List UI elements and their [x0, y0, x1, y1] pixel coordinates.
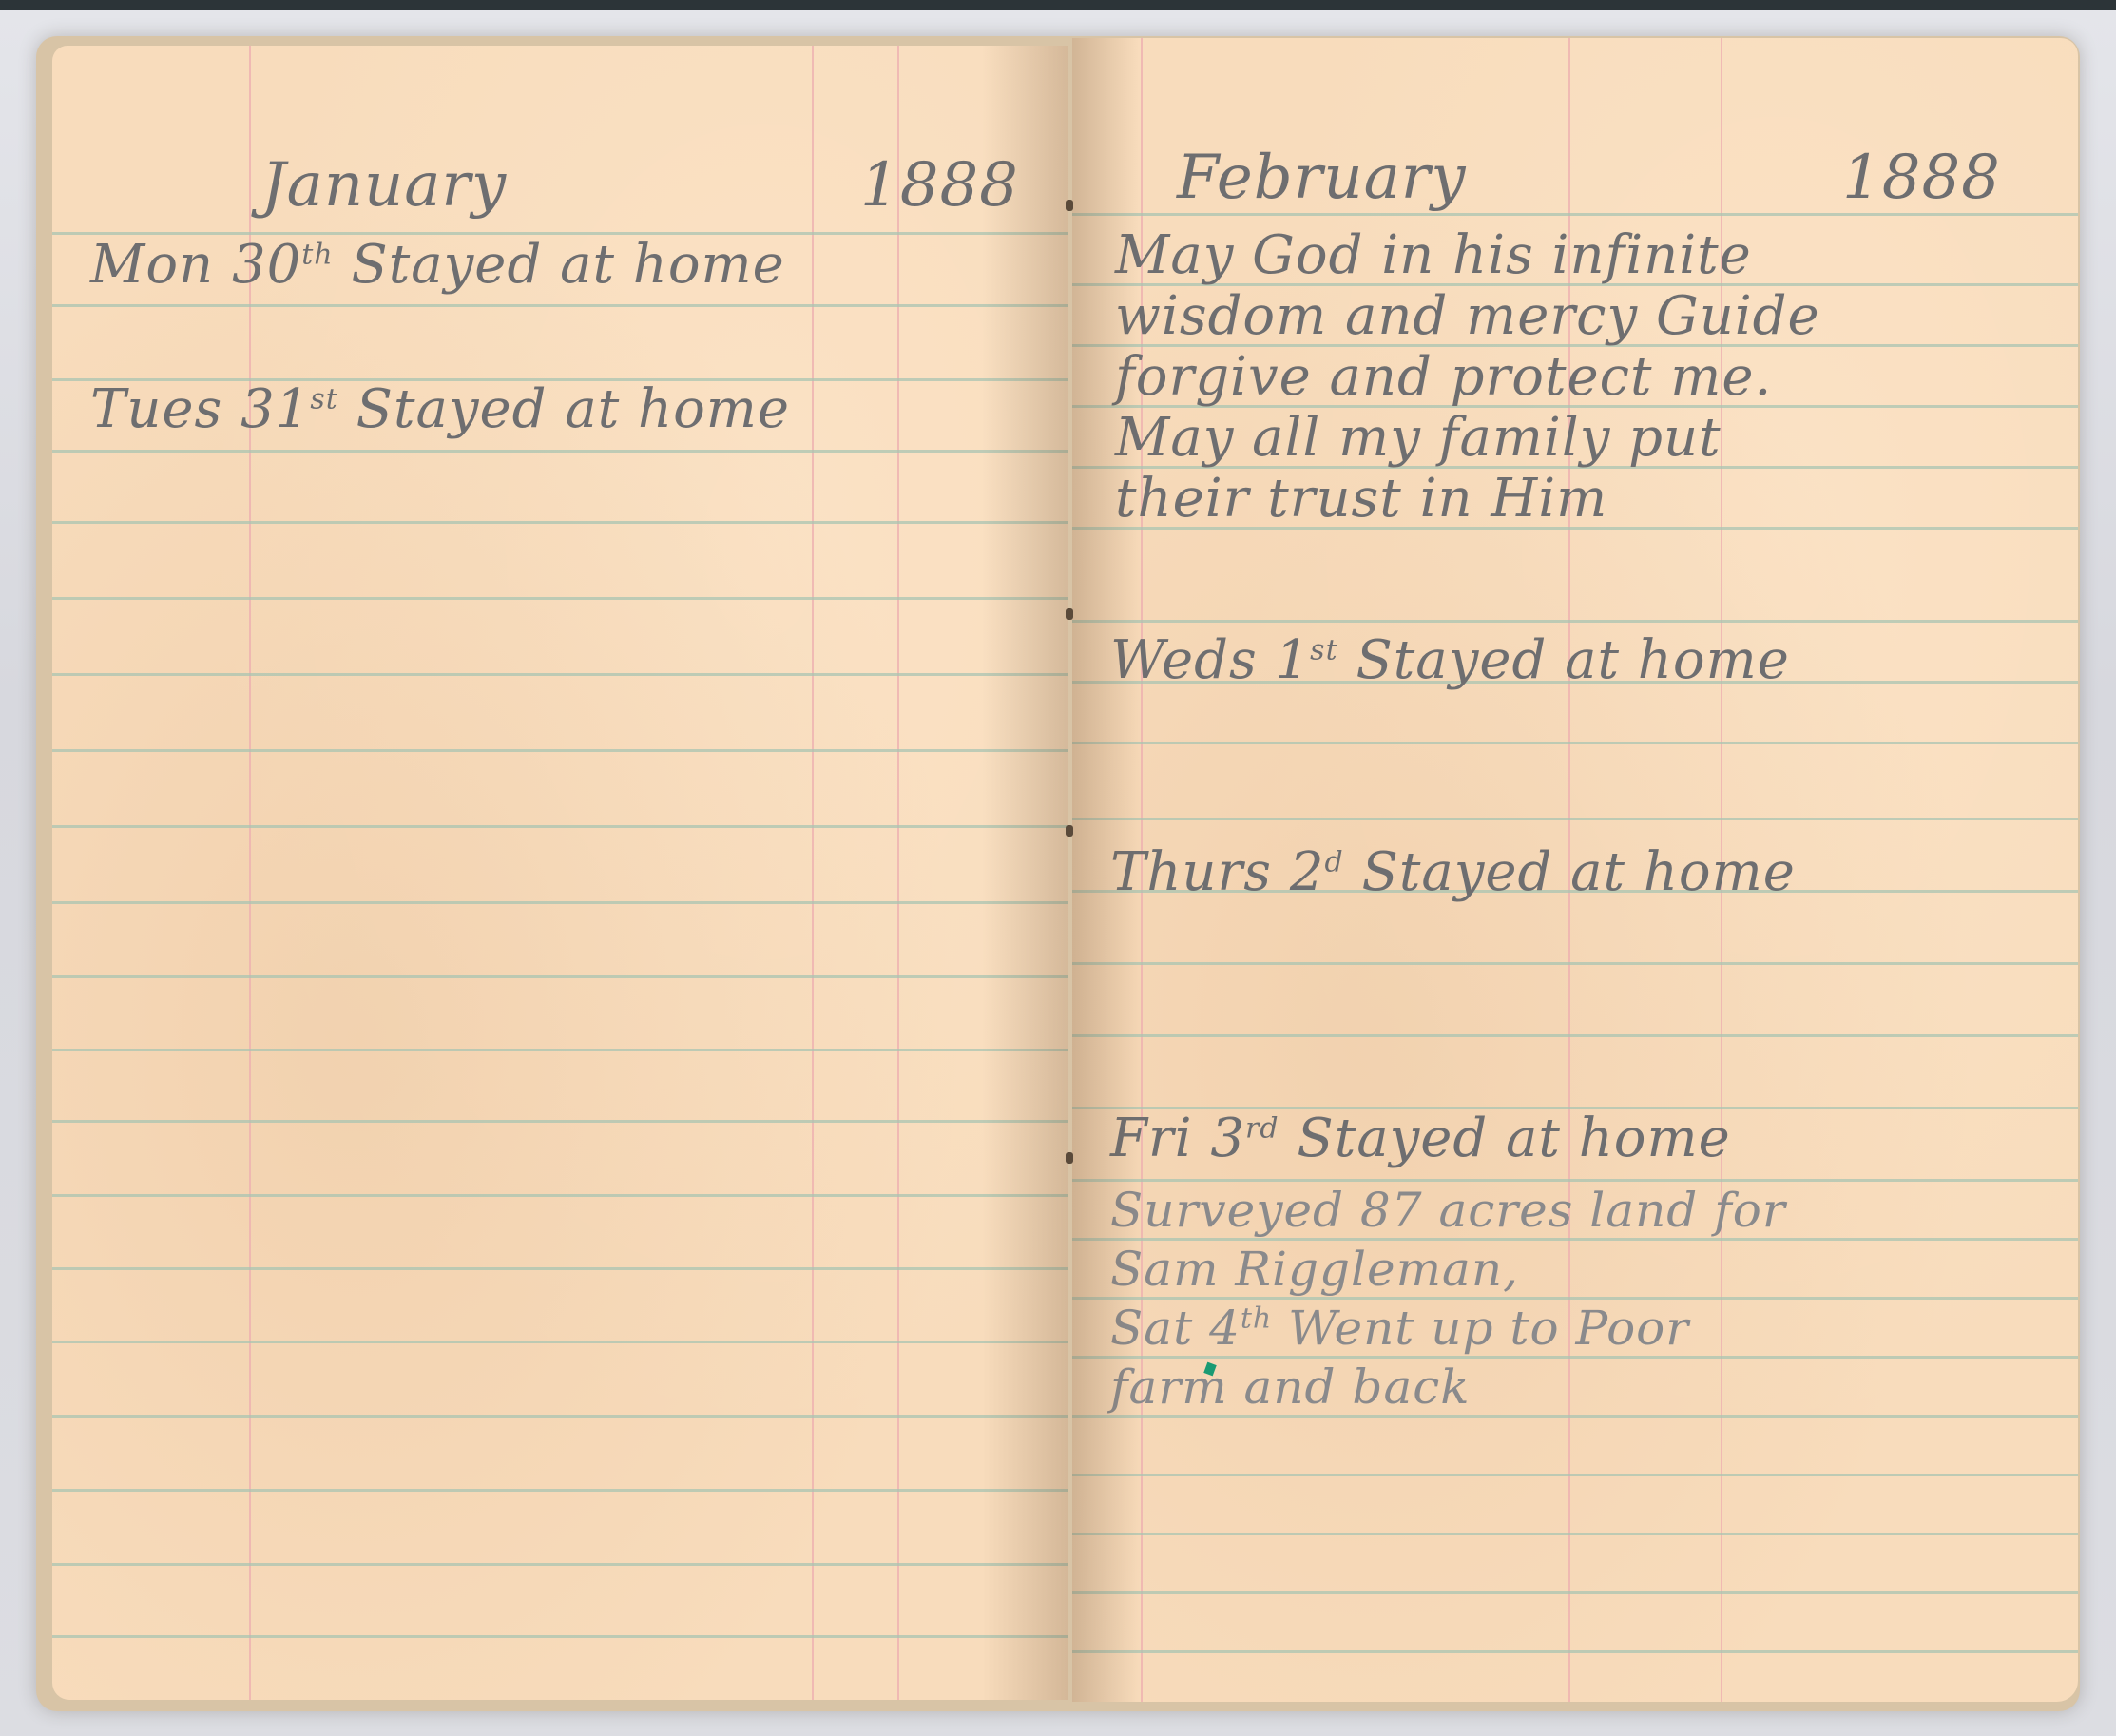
- ruled-line: [52, 304, 1068, 307]
- ruled-line: [52, 673, 1068, 676]
- entry-text: Stayed at home: [1356, 629, 1789, 691]
- ruled-line: [52, 1635, 1068, 1638]
- ruled-line: [1072, 1034, 2078, 1037]
- ruled-line: [52, 1341, 1068, 1343]
- prayer-line: May God in his infinite: [1115, 224, 1752, 286]
- ruled-line: [1072, 1591, 2078, 1594]
- ruled-line: [1072, 620, 2078, 623]
- ruled-line: [52, 1120, 1068, 1123]
- ruled-line: [52, 975, 1068, 978]
- ruled-line: [1072, 1415, 2078, 1418]
- entry-text: Stayed at home: [356, 378, 790, 440]
- diary-entry: Tues 31st Stayed at home: [90, 378, 790, 440]
- binding-stitch: [1066, 608, 1073, 620]
- entry-suffix: st: [1310, 633, 1337, 666]
- ruled-line: [1072, 1356, 2078, 1359]
- prayer-line: wisdom and mercy Guide: [1115, 285, 1820, 347]
- entry-date: 1: [1276, 629, 1311, 691]
- ruled-line: [52, 450, 1068, 453]
- entry-text: Went up to Poor: [1288, 1301, 1689, 1356]
- margin-line: [812, 46, 814, 1700]
- entry-date: 30: [232, 234, 301, 296]
- entry-day: Tues: [90, 378, 222, 440]
- left-page: January 1888 Mon 30th Stayed at home Tue…: [52, 46, 1068, 1700]
- month-heading: January: [261, 150, 507, 221]
- prayer-line: forgive and protect me.: [1115, 346, 1772, 408]
- month-heading: February: [1177, 143, 1466, 213]
- survey-note: Surveyed 87 acres land for: [1110, 1183, 1786, 1238]
- ruled-line: [1072, 1179, 2078, 1182]
- ruled-line: [1072, 962, 2078, 965]
- entry-date: 4: [1209, 1301, 1241, 1356]
- ruled-line: [52, 1049, 1068, 1051]
- closing-line: farm and back: [1110, 1360, 1471, 1415]
- diary-entry: Sat 4th Went up to Poor: [1110, 1301, 1689, 1356]
- entry-text: Stayed at home: [1297, 1108, 1730, 1169]
- margin-line: [897, 46, 899, 1700]
- binding-stitch: [1066, 825, 1073, 837]
- entry-suffix: th: [301, 238, 333, 271]
- binding-stitch: [1066, 1152, 1073, 1164]
- ruled-line: [52, 1267, 1068, 1270]
- entry-text: Stayed at home: [1361, 841, 1795, 903]
- entry-date: 2: [1290, 841, 1325, 903]
- ruled-line: [1072, 1533, 2078, 1535]
- ruled-line: [1072, 213, 2078, 216]
- ruled-line: [1072, 1297, 2078, 1300]
- ruled-line: [52, 597, 1068, 600]
- entry-suffix: st: [310, 382, 337, 415]
- scan-top-edge: [0, 0, 2116, 10]
- gutter-shadow: [1072, 38, 1139, 1702]
- entry-suffix: rd: [1245, 1111, 1279, 1145]
- diary-entry: Mon 30th Stayed at home: [90, 234, 785, 296]
- ruled-line: [1072, 1238, 2078, 1241]
- ruled-line: [1072, 818, 2078, 820]
- diary-entry: Thurs 2d Stayed at home: [1110, 841, 1796, 903]
- ruled-line: [1072, 1650, 2078, 1653]
- ruled-line: [52, 1415, 1068, 1418]
- entry-day: Mon: [90, 234, 214, 296]
- ruled-line: [1072, 1474, 2078, 1476]
- binding-stitch: [1066, 200, 1073, 211]
- prayer-line: May all my family put: [1115, 407, 1722, 469]
- right-page: February 1888 May God in his infinite wi…: [1072, 38, 2078, 1702]
- ruled-line: [1072, 742, 2078, 744]
- entry-suffix: th: [1241, 1302, 1272, 1335]
- entry-suffix: d: [1324, 845, 1343, 878]
- ruled-line: [52, 521, 1068, 524]
- ruled-line: [52, 1194, 1068, 1197]
- survey-note: Sam Riggleman,: [1110, 1242, 1519, 1297]
- gutter-shadow: [982, 46, 1068, 1700]
- ruled-line: [52, 749, 1068, 752]
- prayer-line: their trust in Him: [1115, 468, 1607, 530]
- ruled-line: [52, 1563, 1068, 1566]
- ruled-line: [52, 825, 1068, 828]
- diary-entry: Weds 1st Stayed at home: [1110, 629, 1790, 691]
- ruled-line: [52, 1489, 1068, 1492]
- diary-entry: Fri 3rd Stayed at home: [1110, 1108, 1731, 1169]
- entry-text: Stayed at home: [351, 234, 784, 296]
- entry-date: 31: [240, 378, 310, 440]
- entry-date: 3: [1210, 1108, 1245, 1169]
- year-heading: 1888: [1842, 143, 2001, 213]
- ruled-line: [52, 901, 1068, 904]
